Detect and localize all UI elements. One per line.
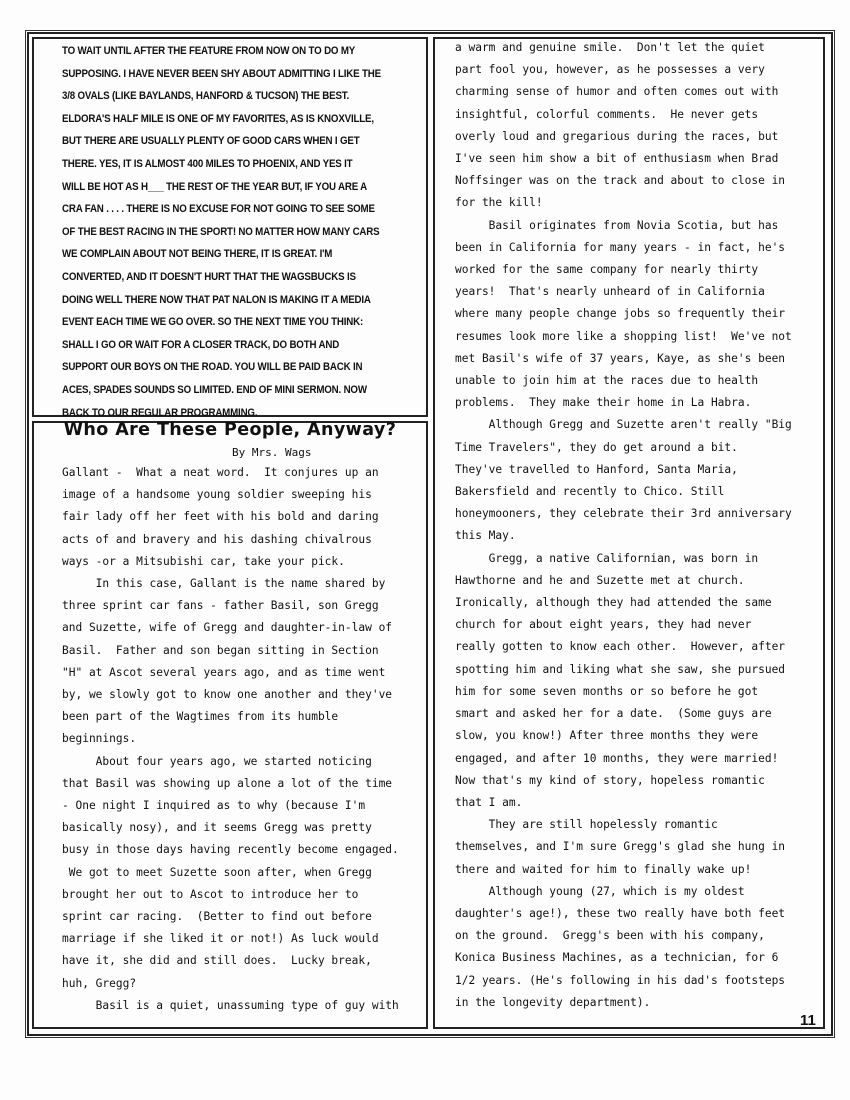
text-line: in the longevity department). <box>455 992 792 1014</box>
text-line: been in California for many years - in f… <box>455 237 792 259</box>
text-line: unable to join him at the races due to h… <box>455 370 792 392</box>
text-line: insightful, colorful comments. He never … <box>455 104 792 126</box>
text-line: Noffsinger was on the track and about to… <box>455 170 792 192</box>
text-line: him for some seven months or so before h… <box>455 681 792 703</box>
text-line: problems. They make their home in La Hab… <box>455 392 792 414</box>
page-number: 11 <box>800 1012 816 1029</box>
text-line: In this case, Gallant is the name shared… <box>62 573 399 595</box>
text-line: They've travelled to Hanford, Santa Mari… <box>455 459 792 481</box>
text-line: busy in those days having recently becom… <box>62 839 399 861</box>
text-line: ACES, SPADES SOUNDS SO LIMITED. END OF M… <box>62 379 397 402</box>
text-line: huh, Gregg? <box>62 973 399 995</box>
text-line: Time Travelers", they do get around a bi… <box>455 437 792 459</box>
text-line: met Basil's wife of 37 years, Kaye, as s… <box>455 348 792 370</box>
text-line: THERE. YES, IT IS ALMOST 400 MILES TO PH… <box>62 153 397 176</box>
text-line: DOING WELL THERE NOW THAT PAT NALON IS M… <box>62 289 397 312</box>
text-line: daughter's age!), these two really have … <box>455 903 792 925</box>
text-line: SUPPORT OUR BOYS ON THE ROAD. YOU WILL B… <box>62 356 397 379</box>
text-line: slow, you know!) After three months they… <box>455 725 792 747</box>
text-line: basically nosy), and it seems Gregg was … <box>62 817 399 839</box>
text-line: Basil originates from Novia Scotia, but … <box>455 215 792 237</box>
text-line: BUT THERE ARE USUALLY PLENTY OF GOOD CAR… <box>62 130 397 153</box>
text-line: ELDORA'S HALF MILE IS ONE OF MY FAVORITE… <box>62 108 397 131</box>
text-line: there and waited for him to finally wake… <box>455 859 792 881</box>
text-line: I've seen him show a bit of enthusiasm w… <box>455 148 792 170</box>
text-line: worked for the same company for nearly t… <box>455 259 792 281</box>
text-line: years! That's nearly unheard of in Calif… <box>455 281 792 303</box>
text-line: WE COMPLAIN ABOUT NOT BEING THERE, IT IS… <box>62 243 397 266</box>
text-line: church for about eight years, they had n… <box>455 614 792 636</box>
text-line: spotting him and liking what she saw, sh… <box>455 659 792 681</box>
article-left-column: Gallant - What a neat word. It conjures … <box>62 462 399 1017</box>
text-line: been part of the Wagtimes from its humbl… <box>62 706 399 728</box>
text-line: sprint car racing. (Better to find out b… <box>62 906 399 928</box>
text-line: fair lady off her feet with his bold and… <box>62 506 399 528</box>
text-line: 3/8 OVALS (LIKE BAYLANDS, HANFORD & TUCS… <box>62 85 397 108</box>
text-line: themselves, and I'm sure Gregg's glad sh… <box>455 836 792 858</box>
text-line: Hawthorne and he and Suzette met at chur… <box>455 570 792 592</box>
text-line: and Suzette, wife of Gregg and daughter-… <box>62 617 399 639</box>
text-line: for the kill! <box>455 192 792 214</box>
text-line: CONVERTED, AND IT DOESN'T HURT THAT THE … <box>62 266 397 289</box>
text-line: Gregg, a native Californian, was born in <box>455 548 792 570</box>
text-line: acts of and bravery and his dashing chiv… <box>62 529 399 551</box>
text-line: three sprint car fans - father Basil, so… <box>62 595 399 617</box>
text-line: where many people change jobs so frequen… <box>455 303 792 325</box>
text-line: WILL BE HOT AS H___ THE REST OF THE YEAR… <box>62 176 397 199</box>
text-line: TO WAIT UNTIL AFTER THE FEATURE FROM NOW… <box>62 40 397 63</box>
text-line: by, we slowly got to know one another an… <box>62 684 399 706</box>
text-line: this May. <box>455 525 792 547</box>
text-line: ways -or a Mitsubishi car, take your pic… <box>62 551 399 573</box>
text-line: marriage if she liked it or not!) As luc… <box>62 928 399 950</box>
text-line: honeymooners, they celebrate their 3rd a… <box>455 503 792 525</box>
text-line: Basil. Father and son began sitting in S… <box>62 640 399 662</box>
text-line: have it, she did and still does. Lucky b… <box>62 950 399 972</box>
text-line: smart and asked her for a date. (Some gu… <box>455 703 792 725</box>
text-line: Gallant - What a neat word. It conjures … <box>62 462 399 484</box>
text-line: Although Gregg and Suzette aren't really… <box>455 414 792 436</box>
text-line: Konica Business Machines, as a technicia… <box>455 947 792 969</box>
text-line: SHALL I GO OR WAIT FOR A CLOSER TRACK, D… <box>62 334 397 357</box>
text-line: - One night I inquired as to why (becaus… <box>62 795 399 817</box>
text-line: brought her out to Ascot to introduce he… <box>62 884 399 906</box>
article-title: Who Are These People, Anyway? <box>32 420 428 440</box>
text-line: beginnings. <box>62 728 399 750</box>
text-line: charming sense of humor and often comes … <box>455 81 792 103</box>
text-line: Ironically, although they had attended t… <box>455 592 792 614</box>
text-line: They are still hopelessly romantic <box>455 814 792 836</box>
text-line: part fool you, however, as he possesses … <box>455 59 792 81</box>
text-line: resumes look more like a shopping list! … <box>455 326 792 348</box>
text-line: Now that's my kind of story, hopeless ro… <box>455 770 792 792</box>
text-line: a warm and genuine smile. Don't let the … <box>455 37 792 59</box>
text-line: We got to meet Suzette soon after, when … <box>62 862 399 884</box>
text-line: CRA FAN . . . . THERE IS NO EXCUSE FOR N… <box>62 198 397 221</box>
text-line: About four years ago, we started noticin… <box>62 751 399 773</box>
text-line: EVENT EACH TIME WE GO OVER. SO THE NEXT … <box>62 311 397 334</box>
text-line: OF THE BEST RACING IN THE SPORT! NO MATT… <box>62 221 397 244</box>
sermon-text: TO WAIT UNTIL AFTER THE FEATURE FROM NOW… <box>62 40 397 424</box>
text-line: that Basil was showing up alone a lot of… <box>62 773 399 795</box>
text-line: that I am. <box>455 792 792 814</box>
text-line: SUPPOSING. I HAVE NEVER BEEN SHY ABOUT A… <box>62 63 397 86</box>
newsletter-page: TO WAIT UNTIL AFTER THE FEATURE FROM NOW… <box>0 0 850 1100</box>
text-line: Bakersfield and recently to Chico. Still <box>455 481 792 503</box>
text-line: image of a handsome young soldier sweepi… <box>62 484 399 506</box>
text-line: "H" at Ascot several years ago, and as t… <box>62 662 399 684</box>
article-right-column: a warm and genuine smile. Don't let the … <box>455 37 792 1014</box>
text-line: overly loud and gregarious during the ra… <box>455 126 792 148</box>
text-line: 1/2 years. (He's following in his dad's … <box>455 970 792 992</box>
text-line: really gotten to know each other. Howeve… <box>455 636 792 658</box>
text-line: Although young (27, which is my oldest <box>455 881 792 903</box>
text-line: on the ground. Gregg's been with his com… <box>455 925 792 947</box>
text-line: Basil is a quiet, unassuming type of guy… <box>62 995 399 1017</box>
text-line: engaged, and after 10 months, they were … <box>455 748 792 770</box>
article-byline: By Mrs. Wags <box>232 446 311 459</box>
